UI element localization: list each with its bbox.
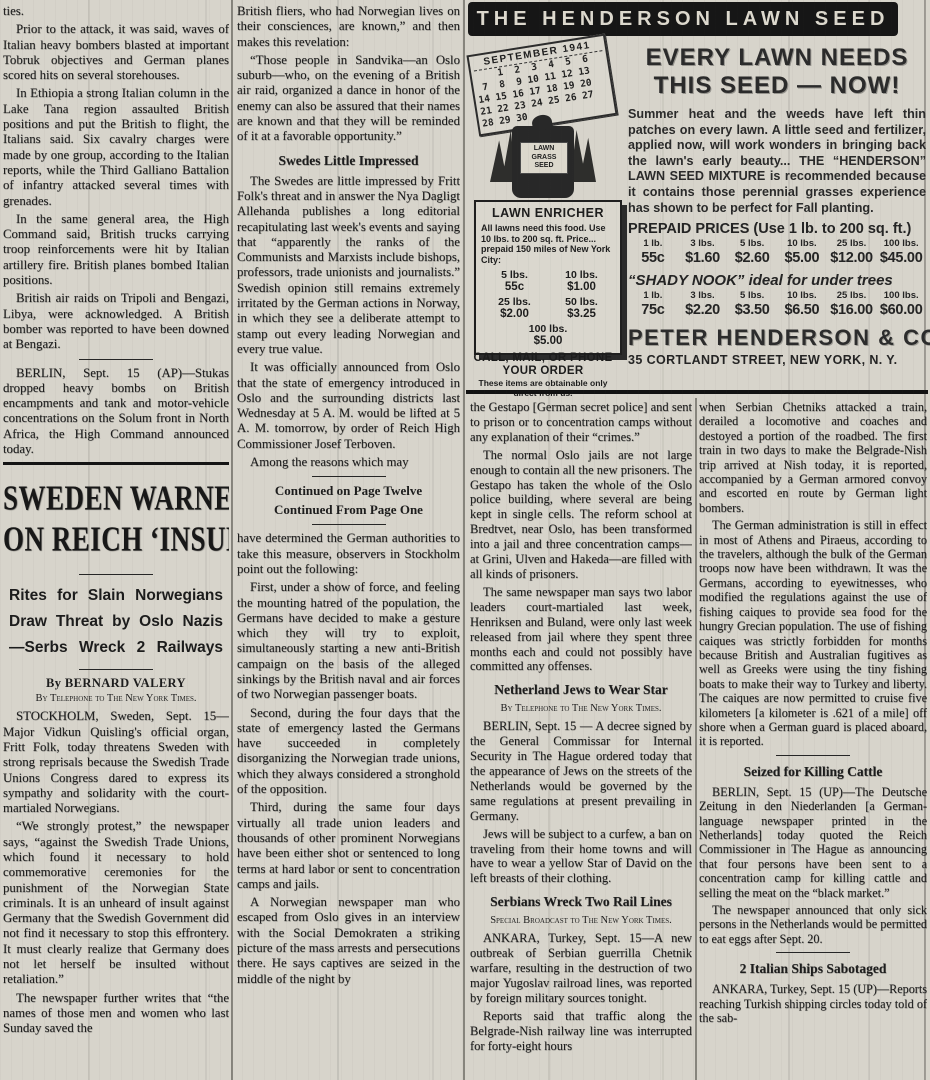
section-divider <box>776 952 850 953</box>
shady-nook-title: “SHADY NOOK” ideal for under trees <box>628 272 926 289</box>
prepaid-price-headers: 1 lb. 3 lbs. 5 lbs. 10 lbs. 25 lbs. 100 … <box>628 238 926 249</box>
headline-line: ON REICH ‘INSULT’ <box>3 514 229 566</box>
continued-on-line: Continued on Page Twelve <box>237 483 460 499</box>
price-value: 75c <box>628 302 678 318</box>
credit-line: Special Broadcast to The New York Times. <box>470 915 692 926</box>
price-header: 3 lbs. <box>678 238 728 249</box>
article-paragraph: BERLIN, Sept. 15 — A decree signed by th… <box>470 719 692 823</box>
price-header: 5 lbs. <box>727 290 777 301</box>
price-value: $60.00 <box>876 302 926 318</box>
price-value: $3.50 <box>727 302 777 318</box>
price-header: 5 lbs. <box>727 238 777 249</box>
article-paragraph: The newspaper announced that only sick p… <box>699 903 927 946</box>
qty: 5 lbs. <box>481 270 548 281</box>
ad-main-copy: EVERY LAWN NEEDS THIS SEED — NOW! Summer… <box>628 44 926 367</box>
column-rule <box>695 398 697 1080</box>
order-line: CALL, MAIL, OR PHONE <box>466 352 620 365</box>
qty: 10 lbs. <box>548 270 615 281</box>
subhead-netherland-jews: Netherland Jews to Wear Star <box>470 682 692 698</box>
continued-from-line: Continued From Page One <box>237 502 460 518</box>
column-rule <box>463 0 465 1080</box>
deck-line: —Serbs Wreck 2 Railways <box>5 635 227 661</box>
price-value: $1.60 <box>678 250 728 266</box>
price-value: $5.00 <box>777 250 827 266</box>
article-paragraph: Prior to the attack, it was said, waves … <box>3 22 229 83</box>
article-paragraph: The German administration is still in ef… <box>699 518 927 749</box>
subhead-italian-ships: 2 Italian Ships Sabotaged <box>699 961 927 977</box>
section-divider <box>776 755 850 756</box>
seed-bag-illustration: LAWN GRASS SEED <box>512 126 574 198</box>
article-paragraph: have determined the German authorities t… <box>237 531 460 577</box>
article-paragraph: First, under a show of force, and feelin… <box>237 580 460 702</box>
article-paragraph: Jews will be subject to a curfew, a ban … <box>470 827 692 887</box>
article-paragraph: British fliers, who had Norwegian lives … <box>237 4 460 50</box>
enricher-price-item: 25 lbs. $2.00 <box>481 297 548 320</box>
byline: By BERNARD VALERY <box>3 676 229 691</box>
enricher-price-grid: 5 lbs. 55c 10 lbs. $1.00 25 lbs. $2.00 5… <box>481 270 615 351</box>
henderson-lawn-seed-ad: THE HENDERSON LAWN SEED SEPTEMBER 1941 1… <box>466 0 930 396</box>
enricher-description: All lawns need this food. Use 10 lbs. to… <box>481 223 615 265</box>
article-paragraph: The same newspaper man says two labor le… <box>470 585 692 674</box>
price-value: $12.00 <box>827 250 877 266</box>
article-paragraph: The newspaper further writes that “the n… <box>3 991 229 1037</box>
article-paragraph: The Swedes are little impressed by Fritt… <box>237 174 460 358</box>
price: $1.00 <box>548 281 615 293</box>
price: $3.25 <box>548 308 615 320</box>
company-name: PETER HENDERSON & CO. <box>628 325 926 351</box>
column-3: the Gestapo [German secret police] and s… <box>470 400 692 1078</box>
ad-headline-line: EVERY LAWN NEEDS <box>646 44 909 71</box>
article-paragraph: In Ethiopia a strong Italian column in t… <box>3 86 229 208</box>
article-paragraph: A Norwegian newspaper man who escaped fr… <box>237 895 460 987</box>
price: $5.00 <box>481 335 615 347</box>
article-paragraph: when Serbian Chetniks attacked a train, … <box>699 400 927 515</box>
order-line: YOUR ORDER <box>466 365 620 378</box>
ad-banner: THE HENDERSON LAWN SEED <box>468 2 898 36</box>
ad-headline-line: THIS SEED — NOW! <box>654 72 901 99</box>
headline-sweden-warned: SWEDEN WARNED ON REICH ‘INSULT’ <box>3 472 229 568</box>
company-address: 35 CORTLANDT STREET, NEW YORK, N. Y. <box>628 353 926 367</box>
column-2: British fliers, who had Norwegian lives … <box>237 4 460 1076</box>
section-divider <box>79 359 153 360</box>
article-paragraph: ANKARA, Turkey, Sept. 15—A new outbreak … <box>470 931 692 1006</box>
shady-price-headers: 1 lb. 3 lbs. 5 lbs. 10 lbs. 25 lbs. 100 … <box>628 290 926 301</box>
price-header: 100 lbs. <box>876 238 926 249</box>
newspaper-page: ties. Prior to the attack, it was said, … <box>0 0 930 1080</box>
article-paragraph: “We strongly protest,” the newspaper say… <box>3 819 229 987</box>
section-divider <box>79 574 153 575</box>
article-paragraph: BERLIN, Sept. 15 (AP)—Stukas dropped hea… <box>3 366 229 458</box>
section-divider <box>312 524 386 525</box>
ad-body-text: Summer heat and the weeds have left thin… <box>628 107 926 216</box>
lawn-enricher-box: LAWN ENRICHER All lawns need this food. … <box>474 200 622 355</box>
qty: 50 lbs. <box>548 297 615 308</box>
price-value: $16.00 <box>827 302 877 318</box>
price-header: 3 lbs. <box>678 290 728 301</box>
article-paragraph: It was officially announced from Oslo th… <box>237 360 460 452</box>
section-divider <box>312 476 386 477</box>
article-paragraph: the Gestapo [German secret police] and s… <box>470 400 692 445</box>
article-paragraph: ANKARA, Turkey, Sept. 15 (UP)—Reports re… <box>699 982 927 1025</box>
article-paragraph: Among the reasons which may <box>237 455 460 470</box>
ad-bottom-rule <box>466 390 928 394</box>
credit-line: By Telephone to The New York Times. <box>470 703 692 714</box>
enricher-price-item: 50 lbs. $3.25 <box>548 297 615 320</box>
subhead-seized-cattle: Seized for Killing Cattle <box>699 764 927 780</box>
price-value: $2.20 <box>678 302 728 318</box>
article-paragraph: Second, during the four days that the st… <box>237 706 460 798</box>
price-header: 1 lb. <box>628 290 678 301</box>
shady-price-values: 75c $2.20 $3.50 $6.50 $16.00 $60.00 <box>628 302 926 318</box>
article-paragraph: “Those people in Sandvika—an Oslo suburb… <box>237 53 460 145</box>
article-paragraph: ties. <box>3 4 229 19</box>
enricher-price-item: 10 lbs. $1.00 <box>548 270 615 293</box>
qty: 100 lbs. <box>481 324 615 335</box>
enricher-title: LAWN ENRICHER <box>481 206 615 220</box>
article-paragraph: The normal Oslo jails are not large enou… <box>470 448 692 582</box>
bag-label: LAWN GRASS SEED <box>520 142 568 174</box>
price-value: $6.50 <box>777 302 827 318</box>
price: 55c <box>481 281 548 293</box>
article-paragraph: Reports said that traffic along the Belg… <box>470 1009 692 1054</box>
price-header: 100 lbs. <box>876 290 926 301</box>
column-4: when Serbian Chetniks attacked a train, … <box>699 400 927 1078</box>
prepaid-prices-title: PREPAID PRICES (Use 1 lb. to 200 sq. ft.… <box>628 221 926 237</box>
qty: 25 lbs. <box>481 297 548 308</box>
price-header: 25 lbs. <box>827 238 877 249</box>
deck-line: Draw Threat by Oslo Nazis <box>5 609 227 635</box>
article-paragraph: BERLIN, Sept. 15 (UP)—The Deutsche Zeitu… <box>699 785 927 900</box>
price-header: 10 lbs. <box>777 238 827 249</box>
enricher-price-item: 5 lbs. 55c <box>481 270 548 293</box>
enricher-price-item: 100 lbs. $5.00 <box>481 324 615 347</box>
price-value: 55c <box>628 250 678 266</box>
article-paragraph: STOCKHOLM, Sweden, Sept. 15—Major Vidkun… <box>3 709 229 816</box>
section-divider <box>79 669 153 670</box>
headline-deck: Rites for Slain Norwegians Draw Threat b… <box>3 581 229 663</box>
price-value: $2.60 <box>727 250 777 266</box>
subhead-serbians-wreck: Serbians Wreck Two Rail Lines <box>470 894 692 910</box>
ad-headline: EVERY LAWN NEEDS THIS SEED — NOW! <box>628 44 926 100</box>
article-paragraph: British air raids on Tripoli and Bengazi… <box>3 291 229 352</box>
price-header: 1 lb. <box>628 238 678 249</box>
subhead-swedes-little-impressed: Swedes Little Impressed <box>237 153 460 169</box>
column-1: ties. Prior to the attack, it was said, … <box>3 4 229 1076</box>
article-paragraph: In the same general area, the High Comma… <box>3 212 229 288</box>
deck-line: Rites for Slain Norwegians <box>5 583 227 609</box>
prepaid-price-values: 55c $1.60 $2.60 $5.00 $12.00 $45.00 <box>628 250 926 266</box>
article-paragraph: Third, during the same four days virtual… <box>237 800 460 892</box>
price-value: $45.00 <box>876 250 926 266</box>
price-header: 25 lbs. <box>827 290 877 301</box>
price: $2.00 <box>481 308 548 320</box>
column-rule <box>231 0 233 1080</box>
credit-line: By Telephone to The New York Times. <box>3 693 229 704</box>
headline-top-rule <box>3 462 229 465</box>
price-header: 10 lbs. <box>777 290 827 301</box>
